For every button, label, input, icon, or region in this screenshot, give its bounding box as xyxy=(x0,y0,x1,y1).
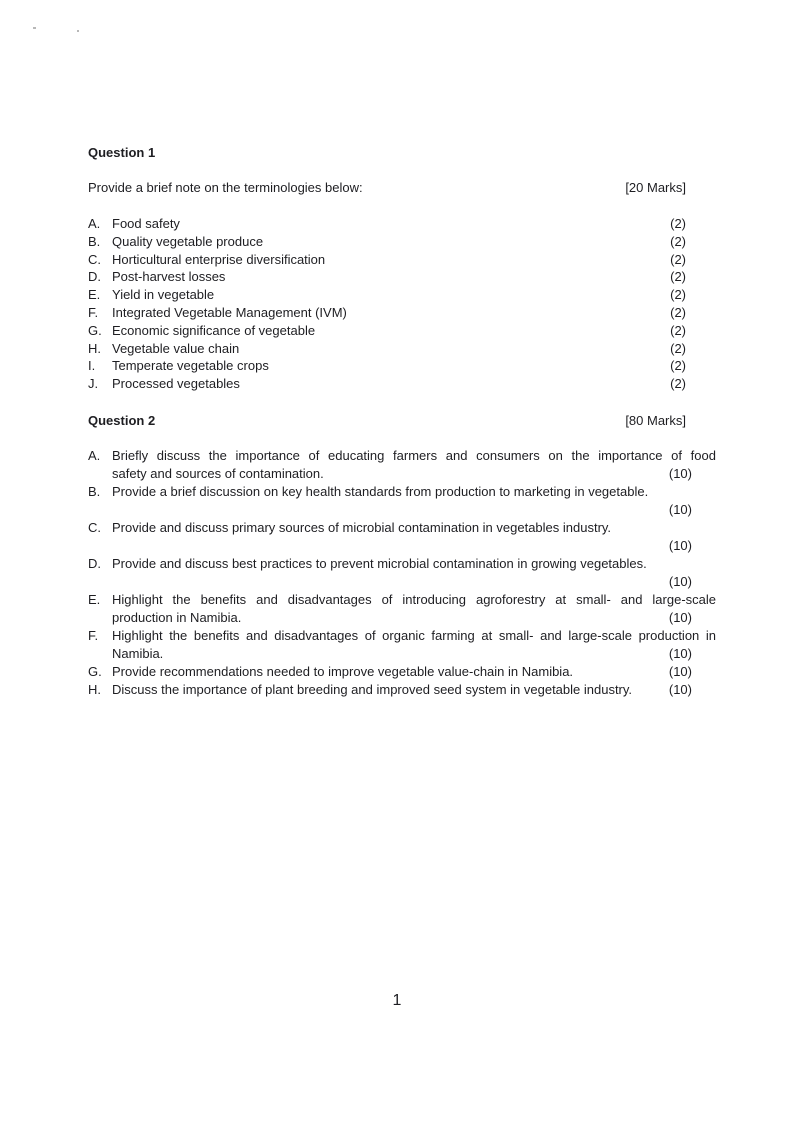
item-marks: (10) xyxy=(669,465,692,483)
list-item: D. Post-harvest losses (2) xyxy=(88,268,686,286)
item-marks: (10) xyxy=(112,501,716,519)
list-item: F. Integrated Vegetable Management (IVM)… xyxy=(88,304,686,322)
item-letter: A. xyxy=(88,447,112,483)
item-text-line-1: Highlight the benefits and disadvantages… xyxy=(112,591,716,609)
list-item: I. Temperate vegetable crops (2) xyxy=(88,357,686,375)
item-text-line-2: Namibia. xyxy=(112,646,163,661)
item-letter: C. xyxy=(88,519,112,555)
exam-page: Question 1 Provide a brief note on the t… xyxy=(0,0,794,1122)
item-text: Vegetable value chain xyxy=(112,340,670,358)
item-letter: H. xyxy=(88,681,112,699)
item-letter: C. xyxy=(88,251,112,269)
scan-speck xyxy=(33,27,36,29)
item-marks: (10) xyxy=(669,609,692,627)
item-text-line-1: Discuss the importance of plant breeding… xyxy=(112,682,632,697)
question-1-total-marks: [20 Marks] xyxy=(625,180,686,195)
question-1-list: A. Food safety (2) B. Quality vegetable … xyxy=(88,215,686,393)
question-2-total-marks: [80 Marks] xyxy=(625,413,686,428)
item-text: Temperate vegetable crops xyxy=(112,357,670,375)
item-text-line-1: Provide and discuss primary sources of m… xyxy=(112,519,716,537)
scan-speck xyxy=(77,30,79,32)
item-letter: B. xyxy=(88,233,112,251)
item-letter: I. xyxy=(88,357,112,375)
list-item: B. Quality vegetable produce (2) xyxy=(88,233,686,251)
item-marks: (2) xyxy=(670,357,686,375)
item-text: Integrated Vegetable Management (IVM) xyxy=(112,304,670,322)
list-item: A. Briefly discuss the importance of edu… xyxy=(88,447,716,483)
item-marks: (10) xyxy=(669,681,692,699)
item-letter: D. xyxy=(88,555,112,591)
item-letter: J. xyxy=(88,375,112,393)
item-letter: H. xyxy=(88,340,112,358)
page-number: 1 xyxy=(0,992,794,1010)
item-marks: (10) xyxy=(112,573,716,591)
item-letter: F. xyxy=(88,304,112,322)
item-marks: (2) xyxy=(670,233,686,251)
item-letter: D. xyxy=(88,268,112,286)
item-text-line-2: safety and sources of contamination. xyxy=(112,466,324,481)
item-marks: (2) xyxy=(670,340,686,358)
item-text: Processed vegetables xyxy=(112,375,670,393)
list-item: B. Provide a brief discussion on key hea… xyxy=(88,483,716,519)
item-marks: (10) xyxy=(669,645,692,663)
list-item: E. Highlight the benefits and disadvanta… xyxy=(88,591,716,627)
list-item: J. Processed vegetables (2) xyxy=(88,375,686,393)
question-1-heading: Question 1 xyxy=(88,145,686,160)
item-text: Quality vegetable produce xyxy=(112,233,670,251)
item-letter: B. xyxy=(88,483,112,519)
item-letter: G. xyxy=(88,322,112,340)
item-letter: E. xyxy=(88,286,112,304)
item-text-line-1: Provide a brief discussion on key health… xyxy=(112,483,716,501)
list-item: E. Yield in vegetable (2) xyxy=(88,286,686,304)
item-text: Horticultural enterprise diversification xyxy=(112,251,670,269)
list-item: D. Provide and discuss best practices to… xyxy=(88,555,716,591)
question-2-list: A. Briefly discuss the importance of edu… xyxy=(88,447,716,699)
item-text: Post-harvest losses xyxy=(112,268,670,286)
list-item: C. Horticultural enterprise diversificat… xyxy=(88,251,686,269)
item-marks: (2) xyxy=(670,322,686,340)
item-marks: (2) xyxy=(670,286,686,304)
item-text: Yield in vegetable xyxy=(112,286,670,304)
item-marks: (2) xyxy=(670,251,686,269)
item-marks: (2) xyxy=(670,268,686,286)
item-text-line-1: Provide and discuss best practices to pr… xyxy=(112,555,716,573)
item-text-line-1: Briefly discuss the importance of educat… xyxy=(112,447,716,465)
item-text: Economic significance of vegetable xyxy=(112,322,670,340)
item-letter: E. xyxy=(88,591,112,627)
item-text-line-1: Provide recommendations needed to improv… xyxy=(112,664,573,679)
question-1-title: Question 1 xyxy=(88,145,155,160)
question-2-title: Question 2 xyxy=(88,413,155,428)
list-item: H. (10) Discuss the importance of plant … xyxy=(88,681,716,699)
item-marks: (10) xyxy=(112,537,716,555)
item-letter: F. xyxy=(88,627,112,663)
item-marks: (2) xyxy=(670,304,686,322)
list-item: H. Vegetable value chain (2) xyxy=(88,340,686,358)
item-text-line-1: Highlight the benefits and disadvantages… xyxy=(112,627,716,645)
question-1-instruction: Provide a brief note on the terminologie… xyxy=(88,180,363,195)
item-marks: (10) xyxy=(669,663,692,681)
item-letter: A. xyxy=(88,215,112,233)
list-item: G. (10) Provide recommendations needed t… xyxy=(88,663,716,681)
item-text: Food safety xyxy=(112,215,670,233)
list-item: A. Food safety (2) xyxy=(88,215,686,233)
list-item: F. Highlight the benefits and disadvanta… xyxy=(88,627,716,663)
question-2-heading: Question 2 [80 Marks] xyxy=(88,413,686,428)
item-text-line-2: production in Namibia. xyxy=(112,610,241,625)
question-1-instruction-row: Provide a brief note on the terminologie… xyxy=(88,180,686,195)
item-letter: G. xyxy=(88,663,112,681)
list-item: G. Economic significance of vegetable (2… xyxy=(88,322,686,340)
item-marks: (2) xyxy=(670,375,686,393)
item-marks: (2) xyxy=(670,215,686,233)
list-item: C. Provide and discuss primary sources o… xyxy=(88,519,716,555)
